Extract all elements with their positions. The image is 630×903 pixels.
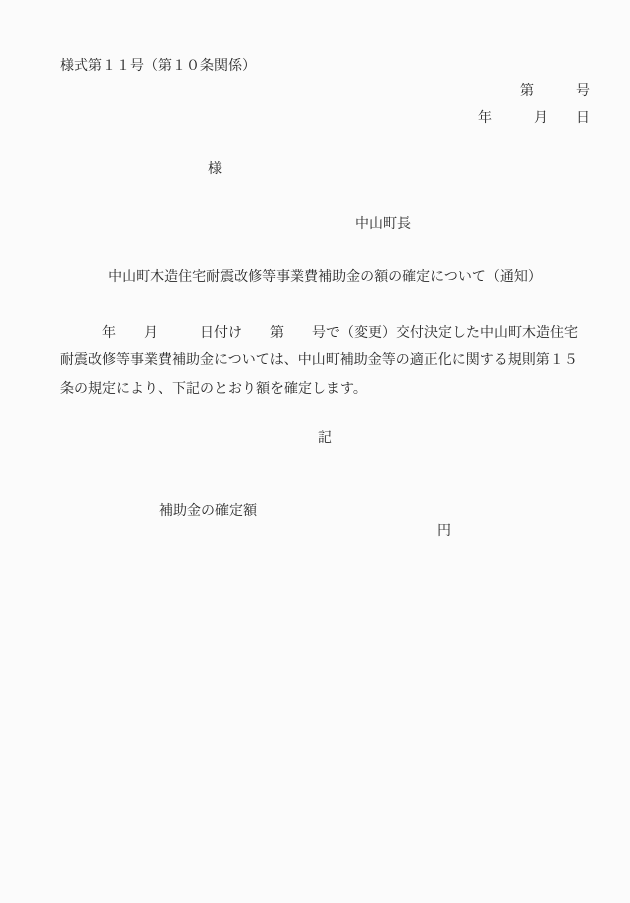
document-page: 様式第１１号（第１０条関係） 第 号 年 月 日 様 中山町長 中山町木造住宅耐… <box>0 0 630 903</box>
amount-label: 補助金の確定額 <box>159 502 257 522</box>
date-line: 年 月 日 <box>60 109 590 129</box>
body-paragraph-line-3: 条の規定により、下記のとおり額を確定します。 <box>60 380 590 400</box>
record-marker: 記 <box>60 429 590 449</box>
amount-line: 補助金の確定額 円 <box>0 482 630 562</box>
form-number: 様式第１１号（第１０条関係） <box>60 57 590 77</box>
body-paragraph-line-1: 年 月 日付け 第 号で（変更）交付決定した中山町木造住宅 <box>60 324 590 344</box>
amount-unit-yen: 円 <box>437 522 451 542</box>
addressee-suffix: 様 <box>208 160 222 180</box>
document-title: 中山町木造住宅耐震改修等事業費補助金の額の確定について（通知） <box>60 268 590 288</box>
document-number-line: 第 号 <box>60 82 590 102</box>
sender-name: 中山町長 <box>355 215 411 235</box>
body-paragraph-line-2: 耐震改修等事業費補助金については、中山町補助金等の適正化に関する規則第１５ <box>60 351 590 371</box>
